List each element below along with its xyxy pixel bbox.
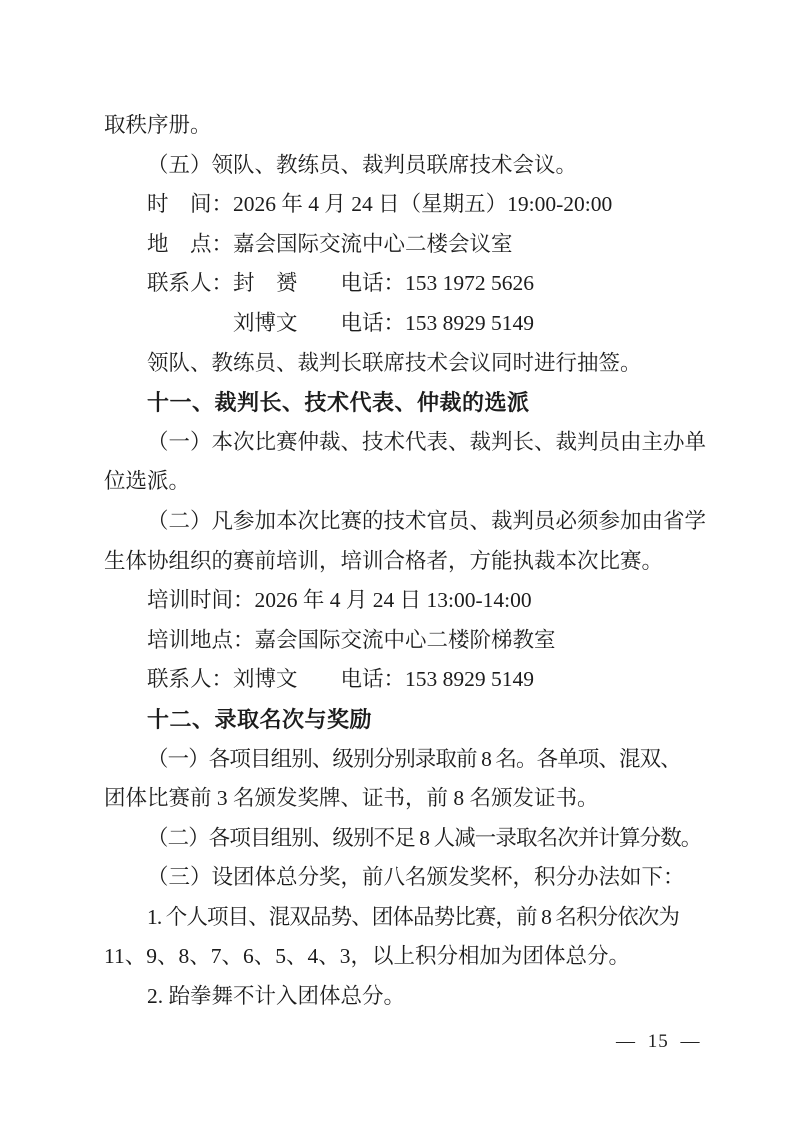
text-line: 生体协组织的赛前培训，培训合格者，方能执裁本次比赛。 (104, 542, 752, 582)
text-line: （二）凡参加本次比赛的技术官员、裁判员必须参加由省学 (104, 502, 752, 542)
text-line: 位选派。 (104, 462, 752, 502)
text-line: 刘博文 电话：153 8929 5149 (104, 304, 752, 344)
text-line: 时 间：2026 年 4 月 24 日（星期五）19:00-20:00 (104, 185, 752, 225)
text-line: （二）各项目组别、级别不足 8 人减一录取名次并计算分数。 (104, 819, 752, 859)
text-line: 培训地点：嘉会国际交流中心二楼阶梯教室 (104, 621, 752, 661)
text-line: 联系人：刘博文 电话：153 8929 5149 (104, 660, 752, 700)
text-line: 1. 个人项目、混双品势、团体品势比赛，前 8 名积分依次为 (104, 898, 752, 938)
text-line: 地 点：嘉会国际交流中心二楼会议室 (104, 225, 752, 265)
page-number: — 15 — (616, 1030, 701, 1054)
section-heading: 十一、裁判长、技术代表、仲裁的选派 (104, 383, 752, 423)
text-line: （一）各项目组别、级别分别录取前 8 名。各单项、混双、 (104, 740, 752, 780)
text-line: 联系人：封 赟 电话：153 1972 5626 (104, 264, 752, 304)
text-line: （三）设团体总分奖，前八名颁发奖杯，积分办法如下： (104, 858, 752, 898)
text-line: 2. 跆拳舞不计入团体总分。 (104, 977, 752, 1017)
text-line: （五）领队、教练员、裁判员联席技术会议。 (104, 146, 752, 186)
text-line: 取秩序册。 (104, 106, 752, 146)
text-line: 团体比赛前 3 名颁发奖牌、证书，前 8 名颁发证书。 (104, 779, 752, 819)
text-line: 领队、教练员、裁判长联席技术会议同时进行抽签。 (104, 344, 752, 384)
text-line: 培训时间：2026 年 4 月 24 日 13:00-14:00 (104, 581, 752, 621)
text-line: （一）本次比赛仲裁、技术代表、裁判长、裁判员由主办单 (104, 423, 752, 463)
document-body: 取秩序册。（五）领队、教练员、裁判员联席技术会议。时 间：2026 年 4 月 … (104, 106, 752, 1017)
section-heading: 十二、录取名次与奖励 (104, 700, 752, 740)
text-line: 11、9、8、7、6、5、4、3，以上积分相加为团体总分。 (104, 937, 752, 977)
document-page: 取秩序册。（五）领队、教练员、裁判员联席技术会议。时 间：2026 年 4 月 … (0, 0, 794, 1123)
